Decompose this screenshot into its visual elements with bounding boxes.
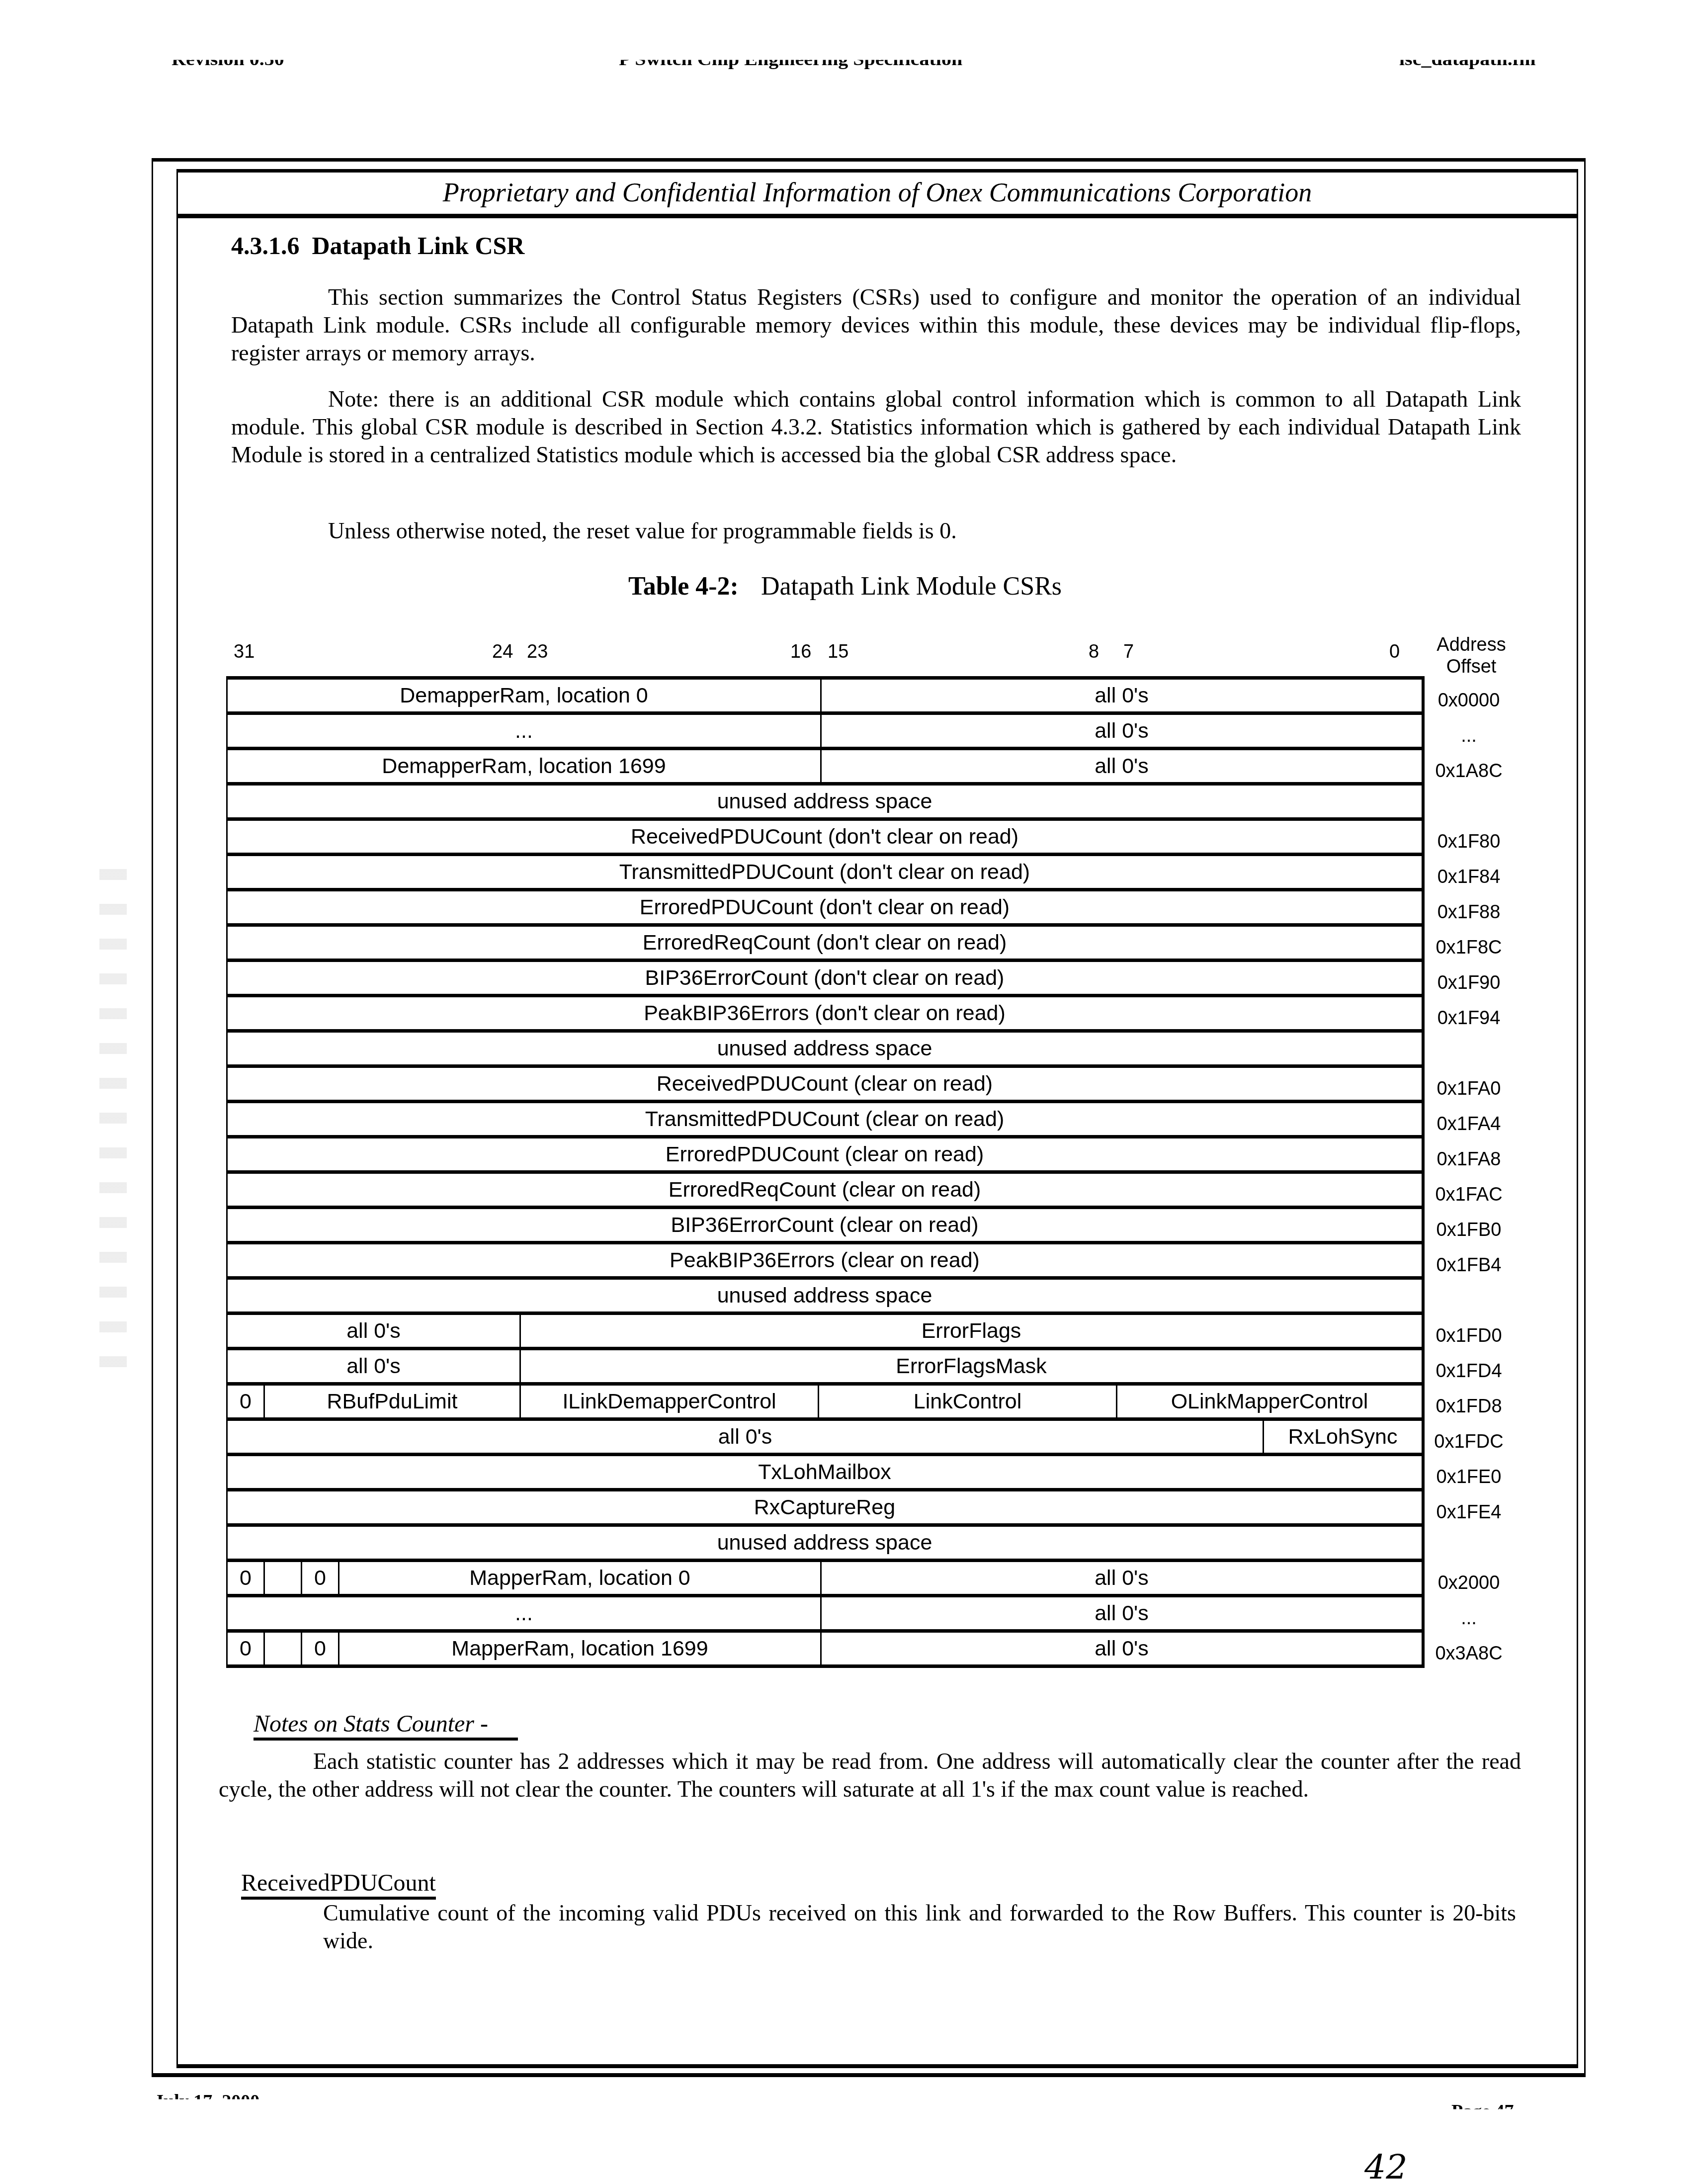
table-cell: ErroredPDUCount (clear on read) <box>228 1138 1423 1170</box>
table-cell: unused address space <box>228 1280 1423 1311</box>
table-row: ...all 0's... <box>228 711 1423 747</box>
intro-paragraph: This section summarizes the Control Stat… <box>231 283 1521 367</box>
table-row: ErroredReqCount (clear on read)0x1FAC <box>228 1170 1423 1206</box>
address-offset: 0x1A8C <box>1427 756 1511 786</box>
address-offset: 0x1FA4 <box>1427 1109 1511 1139</box>
table-cell: BIP36ErrorCount (don't clear on read) <box>228 962 1423 994</box>
table-cell: all 0's <box>822 680 1423 711</box>
table-cell: TransmittedPDUCount (don't clear on read… <box>228 856 1423 888</box>
table-cell: all 0's <box>822 750 1423 782</box>
bit-label-24: 24 <box>492 641 513 663</box>
table-row: PeakBIP36Errors (clear on read)0x1FB4 <box>228 1241 1423 1276</box>
section-title: Datapath Link CSR <box>312 232 525 260</box>
address-offset-header: AddressOffset <box>1427 634 1516 678</box>
table-row: TransmittedPDUCount (don't clear on read… <box>228 853 1423 888</box>
bit-label-8: 8 <box>1089 641 1099 663</box>
table-row: ReceivedPDUCount (don't clear on read)0x… <box>228 817 1423 853</box>
table-row: all 0'sErrorFlagsMask0x1FD4 <box>228 1347 1423 1382</box>
table-row: DemapperRam, location 0all 0's0x0000 <box>228 676 1423 711</box>
bit-label-0: 0 <box>1389 641 1400 663</box>
table-cell: MapperRam, location 1699 <box>339 1633 822 1664</box>
scan-margin-artifact <box>99 860 127 1382</box>
table-cell: BIP36ErrorCount (clear on read) <box>228 1209 1423 1241</box>
banner-divider <box>178 214 1577 218</box>
address-offset: 0x3A8C <box>1427 1639 1511 1668</box>
table-cell <box>265 1562 302 1594</box>
field-description: Cumulative count of the incoming valid P… <box>323 1899 1516 1955</box>
table-cell: RBufPduLimit <box>265 1386 521 1417</box>
address-offset: 0x1FE4 <box>1427 1497 1511 1527</box>
table-cell: 0 <box>228 1386 265 1417</box>
table-cell: unused address space <box>228 1033 1423 1064</box>
address-offset: 0x1FDC <box>1427 1427 1511 1457</box>
table-cell: all 0's <box>228 1350 521 1382</box>
table-row: ErroredPDUCount (don't clear on read)0x1… <box>228 888 1423 923</box>
table-cell: MapperRam, location 0 <box>339 1562 822 1594</box>
confidential-banner: Proprietary and Confidential Information… <box>178 171 1577 214</box>
table-cell: RxLohSync <box>1264 1421 1423 1453</box>
field-name: ReceivedPDUCount <box>241 1869 436 1900</box>
table-row: 00MapperRam, location 1699all 0's0x3A8C <box>228 1629 1423 1668</box>
table-cell: 0 <box>302 1562 339 1594</box>
table-cell: 0 <box>302 1633 339 1664</box>
running-header-right: lsc_datapath.fm <box>1399 48 1535 69</box>
reset-paragraph: Unless otherwise noted, the reset value … <box>231 517 1521 545</box>
table-cell: ReceivedPDUCount (don't clear on read) <box>228 821 1423 853</box>
table-cell: all 0's <box>822 1562 1423 1594</box>
table-cell: ... <box>228 715 822 747</box>
address-offset: 0x1F94 <box>1427 1003 1511 1033</box>
address-offset: 0x2000 <box>1427 1568 1511 1598</box>
bit-label-7: 7 <box>1123 641 1134 663</box>
table-caption: Table 4-2:Datapath Link Module CSRs <box>0 572 1690 601</box>
running-header-left: Revision 0.50 <box>171 48 284 69</box>
table-cell: DemapperRam, location 1699 <box>228 750 822 782</box>
address-offset: 0x1F80 <box>1427 827 1511 857</box>
bit-label-15: 15 <box>828 641 848 663</box>
address-offset: 0x0000 <box>1427 686 1511 715</box>
section-number: 4.3.1.6 <box>231 232 300 260</box>
table-cell: LinkControl <box>819 1386 1117 1417</box>
csr-register-table: DemapperRam, location 0all 0's0x0000...a… <box>226 676 1425 1668</box>
table-cell: PeakBIP36Errors (clear on read) <box>228 1244 1423 1276</box>
address-offset: 0x1FD4 <box>1427 1356 1511 1386</box>
note-paragraph: Note: there is an additional CSR module … <box>231 385 1521 469</box>
table-row: 00MapperRam, location 0all 0's0x2000 <box>228 1559 1423 1594</box>
address-offset: ... <box>1427 721 1511 751</box>
address-offset: 0x1FD8 <box>1427 1392 1511 1421</box>
table-row: ReceivedPDUCount (clear on read)0x1FA0 <box>228 1064 1423 1100</box>
table-cell: PeakBIP36Errors (don't clear on read) <box>228 997 1423 1029</box>
running-header-center: P Switch Chip Engineering Specification <box>619 48 962 69</box>
bit-label-16: 16 <box>790 641 811 663</box>
table-caption-title: Datapath Link Module CSRs <box>761 572 1062 601</box>
bit-label-31: 31 <box>234 641 254 663</box>
address-offset: 0x1F8C <box>1427 933 1511 962</box>
table-cell: OLinkMapperControl <box>1117 1386 1423 1417</box>
address-offset: 0x1FAC <box>1427 1180 1511 1210</box>
table-cell: ErrorFlagsMask <box>521 1350 1423 1382</box>
address-offset: 0x1FE0 <box>1427 1462 1511 1492</box>
table-cell: all 0's <box>822 715 1423 747</box>
table-cell: unused address space <box>228 1527 1423 1559</box>
table-cell: unused address space <box>228 786 1423 817</box>
table-row: PeakBIP36Errors (don't clear on read)0x1… <box>228 994 1423 1029</box>
table-row: all 0'sRxLohSync0x1FDC <box>228 1417 1423 1453</box>
table-row: ErroredReqCount (don't clear on read)0x1… <box>228 923 1423 959</box>
table-cell: TxLohMailbox <box>228 1456 1423 1488</box>
address-offset: 0x1FB4 <box>1427 1250 1511 1280</box>
handwritten-page-number: 42 <box>1364 2148 1408 2184</box>
table-row: BIP36ErrorCount (don't clear on read)0x1… <box>228 959 1423 994</box>
table-row: TransmittedPDUCount (clear on read)0x1FA… <box>228 1100 1423 1135</box>
table-cell: RxCaptureReg <box>228 1491 1423 1523</box>
address-offset: ... <box>1427 1603 1511 1633</box>
address-offset: 0x1FA8 <box>1427 1144 1511 1174</box>
table-caption-label: Table 4-2: <box>628 572 739 601</box>
table-row: unused address space <box>228 782 1423 817</box>
address-offset: 0x1FD0 <box>1427 1321 1511 1351</box>
table-row: ErroredPDUCount (clear on read)0x1FA8 <box>228 1135 1423 1170</box>
address-offset: 0x1FB0 <box>1427 1215 1511 1245</box>
notes-paragraph: Each statistic counter has 2 addresses w… <box>219 1747 1521 1803</box>
table-cell: ILinkDemapperControl <box>521 1386 819 1417</box>
table-cell: all 0's <box>228 1421 1264 1453</box>
section-heading: 4.3.1.6 Datapath Link CSR <box>231 231 524 260</box>
running-footer-left: July 17, 2000 <box>154 2091 259 2112</box>
table-row: BIP36ErrorCount (clear on read)0x1FB0 <box>228 1206 1423 1241</box>
table-cell: ErrorFlags <box>521 1315 1423 1347</box>
table-cell: ... <box>228 1597 822 1629</box>
table-cell: ErroredReqCount (don't clear on read) <box>228 927 1423 959</box>
table-cell: ErroredReqCount (clear on read) <box>228 1174 1423 1206</box>
table-cell: TransmittedPDUCount (clear on read) <box>228 1103 1423 1135</box>
table-row: all 0'sErrorFlags0x1FD0 <box>228 1311 1423 1347</box>
table-cell: all 0's <box>228 1315 521 1347</box>
table-row: TxLohMailbox0x1FE0 <box>228 1453 1423 1488</box>
table-row: DemapperRam, location 1699all 0's0x1A8C <box>228 747 1423 782</box>
table-row: 0RBufPduLimitILinkDemapperControlLinkCon… <box>228 1382 1423 1417</box>
table-cell: DemapperRam, location 0 <box>228 680 822 711</box>
table-cell: all 0's <box>822 1597 1423 1629</box>
running-footer-right: Page 47 <box>1451 2100 1514 2122</box>
address-offset: 0x1FA0 <box>1427 1074 1511 1104</box>
address-offset: 0x1F88 <box>1427 897 1511 927</box>
table-cell <box>265 1633 302 1664</box>
notes-heading: Notes on Stats Counter - <box>253 1710 518 1741</box>
table-row: ...all 0's... <box>228 1594 1423 1629</box>
table-cell: ErroredPDUCount (don't clear on read) <box>228 891 1423 923</box>
table-row: unused address space <box>228 1523 1423 1559</box>
table-row: RxCaptureReg0x1FE4 <box>228 1488 1423 1523</box>
address-offset: 0x1F84 <box>1427 862 1511 892</box>
table-cell: all 0's <box>822 1633 1423 1664</box>
table-cell: 0 <box>228 1633 265 1664</box>
table-row: unused address space <box>228 1029 1423 1064</box>
table-cell: 0 <box>228 1562 265 1594</box>
bit-label-23: 23 <box>527 641 548 663</box>
table-cell: ReceivedPDUCount (clear on read) <box>228 1068 1423 1100</box>
table-row: unused address space <box>228 1276 1423 1311</box>
address-offset: 0x1F90 <box>1427 968 1511 998</box>
